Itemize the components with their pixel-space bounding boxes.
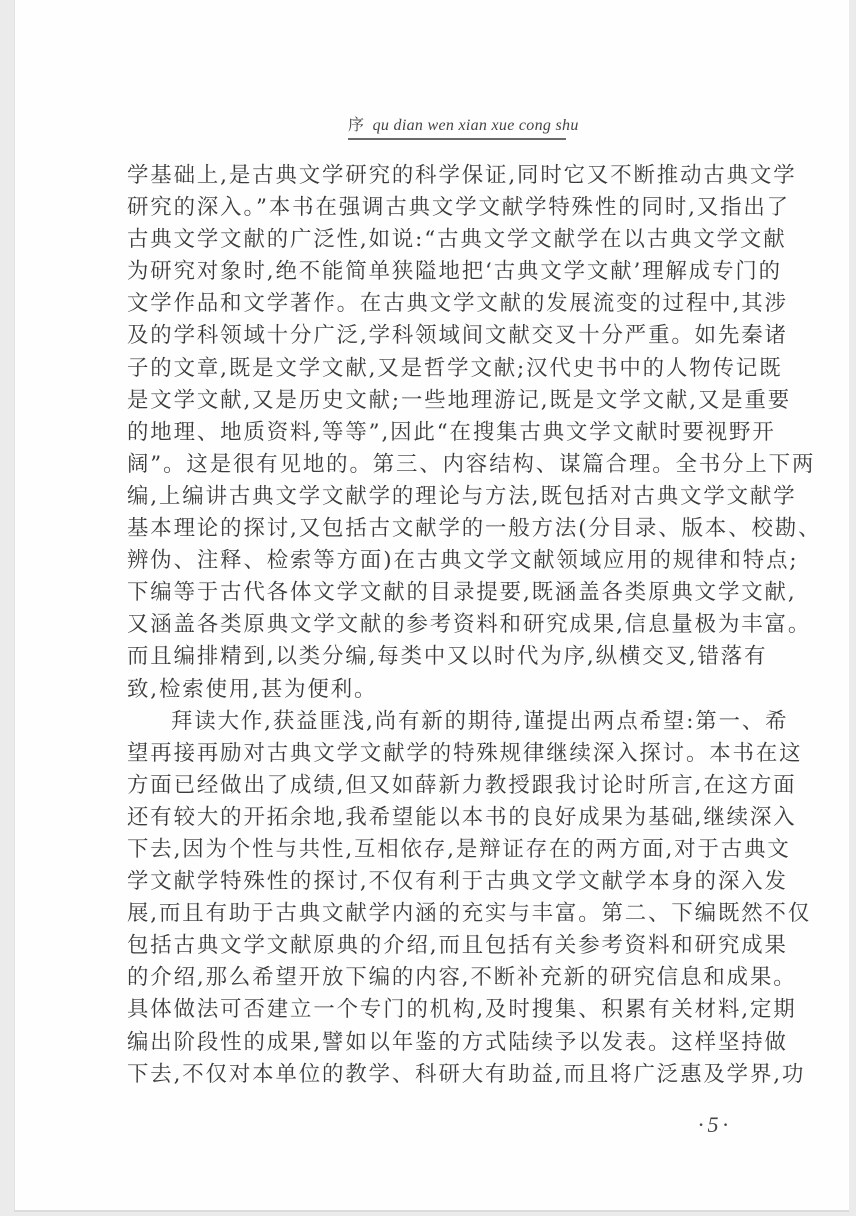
text-line: 及的学科领域十分广泛,学科领域间文献交叉十分严重。如先秦诸	[127, 320, 779, 352]
body-text: 学基础上,是古典文学研究的科学保证,同时它又不断推动古典文学 研究的深入。”本书…	[127, 160, 779, 1091]
text-line: 而且编排精到,以类分编,每类中又以时代为序,纵横交叉,错落有	[127, 641, 779, 673]
text-line: 基本理论的探讨,又包括古文献学的一般方法(分目录、版本、校勘、	[127, 513, 779, 545]
text-line: 古典文学文献的广泛性,如说:“古典文学文献学在以古典文学文献	[127, 224, 779, 256]
text-line: 为研究对象时,绝不能简单狭隘地把‘古典文学文献’理解成专门的	[127, 256, 779, 288]
text-line: 望再接再励对古典文学文献学的特殊规律继续深入探讨。本书在这	[127, 738, 779, 770]
text-line: 方面已经做出了成绩,但又如薛新力教授跟我讨论时所言,在这方面	[127, 770, 779, 802]
text-line: 具体做法可否建立一个专门的机构,及时搜集、积累有关材料,定期	[127, 994, 779, 1026]
book-page: 序 qu dian wen xian xue cong shu 学基础上,是古典…	[14, 0, 849, 1210]
text-line: 的地理、地质资料,等等”,因此“在搜集古典文学文献时要视野开	[127, 417, 779, 449]
text-line: 又涵盖各类原典文学文献的参考资料和研究成果,信息量极为丰富。	[127, 609, 779, 641]
text-line: 下去,因为个性与共性,互相依存,是辩证存在的两方面,对于古典文	[127, 834, 779, 866]
running-head-chinese: 序	[348, 117, 364, 134]
text-line: 下去,不仅对本单位的教学、科研大有助益,而且将广泛惠及学界,功	[127, 1059, 779, 1091]
running-head: 序 qu dian wen xian xue cong shu	[348, 112, 566, 140]
text-line: 学文献学特殊性的探讨,不仅有利于古典文学文献学本身的深入发	[127, 866, 779, 898]
text-line: 下编等于古代各体文学文献的目录提要,既涵盖各类原典文学文献,	[127, 577, 779, 609]
page-number: ·5·	[698, 1112, 732, 1138]
text-line: 阔”。这是很有见地的。第三、内容结构、谋篇合理。全书分上下两	[127, 449, 779, 481]
text-line: 辨伪、注释、检索等方面)在古典文学文献领域应用的规律和特点;	[127, 545, 779, 577]
text-line: 展,而且有助于古典文献学内涵的充实与丰富。第二、下编既然不仅	[127, 898, 779, 930]
text-line: 文学作品和文学著作。在古典文学文献的发展流变的过程中,其涉	[127, 288, 779, 320]
text-line: 编出阶段性的成果,譬如以年鉴的方式陆续予以发表。这样坚持做	[127, 1027, 779, 1059]
text-line: 包括古典文学文献原典的介绍,而且包括有关参考资料和研究成果	[127, 930, 779, 962]
running-head-pinyin: qu dian wen xian xue cong shu	[373, 117, 579, 134]
text-line: 编,上编讲古典文学文献学的理论与方法,既包括对古典文学文献学	[127, 481, 779, 513]
text-line: 致,检索使用,甚为便利。	[127, 674, 779, 706]
text-line: 是文学文献,又是历史文献;一些地理游记,既是文学文献,又是重要	[127, 385, 779, 417]
text-line: 学基础上,是古典文学研究的科学保证,同时它又不断推动古典文学	[127, 160, 779, 192]
text-line: 研究的深入。”本书在强调古典文学文献学特殊性的同时,又指出了	[127, 192, 779, 224]
text-line: 还有较大的开拓余地,我希望能以本书的良好成果为基础,继续深入	[127, 802, 779, 834]
text-line: 的介绍,那么希望开放下编的内容,不断补充新的研究信息和成果。	[127, 962, 779, 994]
paragraph-start-line: 拜读大作,获益匪浅,尚有新的期待,谨提出两点希望:第一、希	[127, 706, 779, 738]
text-line: 子的文章,既是文学文献,又是哲学文献;汉代史书中的人物传记既	[127, 353, 779, 385]
